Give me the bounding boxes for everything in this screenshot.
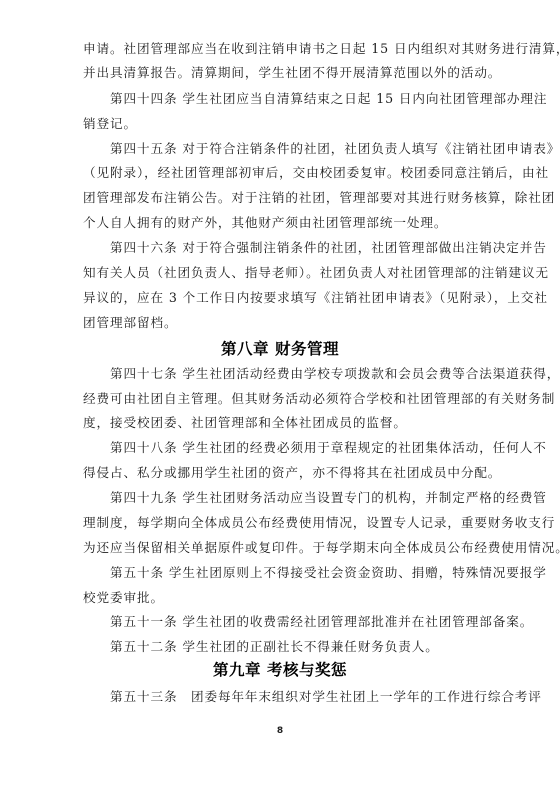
paragraph-line: 得侵占、私分或挪用学生社团的资产，亦不得将其在社团成员中分配。 bbox=[83, 464, 483, 482]
chapter-9-heading: 第九章 考核与奖惩 bbox=[0, 659, 560, 681]
paragraph-line: 理制度，每学期向全体成员公布经费使用情况，设置专人记录，重要财务收支行 bbox=[83, 514, 483, 532]
article-46-line: 第四十六条 对于符合强制注销条件的社团，社团管理部做出注销决定并告 bbox=[110, 239, 510, 257]
paragraph-line: 申请。社团管理部应当在收到注销申请书之日起 15 日内组织对其财务进行清算， bbox=[83, 40, 483, 58]
chapter-8-heading: 第八章 财务管理 bbox=[0, 338, 560, 360]
article-52-line: 第五十二条 学生社团的正副社长不得兼任财务负责人。 bbox=[110, 638, 510, 656]
paragraph-line: 经费可由社团自主管理。但其财务活动必须符合学校和社团管理部的有关财务制 bbox=[83, 390, 483, 408]
paragraph-line: （见附录），经社团管理部初审后，交由校团委复审。校团委同意注销后，由社 bbox=[83, 164, 483, 182]
page-number: 8 bbox=[0, 726, 560, 736]
paragraph-line: 团管理部发布注销公告。对于注销的社团，管理部要对其进行财务核算，除社团 bbox=[83, 189, 483, 207]
paragraph-line: 团管理部留档。 bbox=[83, 314, 483, 332]
article-50-line: 第五十条 学生社团原则上不得接受社会资金资助、捐赠，特殊情况要报学 bbox=[110, 564, 510, 582]
article-48-line: 第四十八条 学生社团的经费必须用于章程规定的社团集体活动，任何人不 bbox=[110, 439, 510, 457]
article-53-line: 第五十三条 团委每年年末组织对学生社团上一学年的工作进行综合考评 bbox=[110, 688, 510, 706]
article-51-line: 第五十一条 学生社团的收费需经社团管理部批准并在社团管理部备案。 bbox=[110, 613, 510, 631]
paragraph-line: 个人自人拥有的财产外，其他财产须由社团管理部统一处理。 bbox=[83, 214, 483, 232]
article-44-line: 第四十四条 学生社团应当自清算结束之日起 15 日内向社团管理部办理注 bbox=[110, 90, 510, 108]
article-45-line: 第四十五条 对于符合注销条件的社团，社团负责人填写《注销社团申请表》 bbox=[110, 140, 510, 158]
paragraph-line: 销登记。 bbox=[83, 115, 483, 133]
paragraph-line: 为还应当保留相关单据原件或复印件。于每学期末向全体成员公布经费使用情况。 bbox=[83, 539, 483, 557]
article-49-line: 第四十九条 学生社团财务活动应当设置专门的机构，并制定严格的经费管 bbox=[110, 489, 510, 507]
document-page: 申请。社团管理部应当在收到注销申请书之日起 15 日内组织对其财务进行清算， 并… bbox=[0, 0, 560, 794]
article-47-line: 第四十七条 学生社团活动经费由学校专项拨款和会员会费等合法渠道获得， bbox=[110, 365, 510, 383]
paragraph-line: 校党委审批。 bbox=[83, 589, 483, 607]
paragraph-line: 并出具清算报告。清算期间，学生社团不得开展清算范围以外的活动。 bbox=[83, 64, 483, 82]
paragraph-line: 知有关人员（社团负责人、指导老师）。社团负责人对社团管理部的注销建议无 bbox=[83, 264, 483, 282]
paragraph-line: 异议的，应在 3 个工作日内按要求填写《注销社团申请表》（见附录），上交社 bbox=[83, 289, 483, 307]
paragraph-line: 度，接受校团委、社团管理部和全体社团成员的监督。 bbox=[83, 414, 483, 432]
